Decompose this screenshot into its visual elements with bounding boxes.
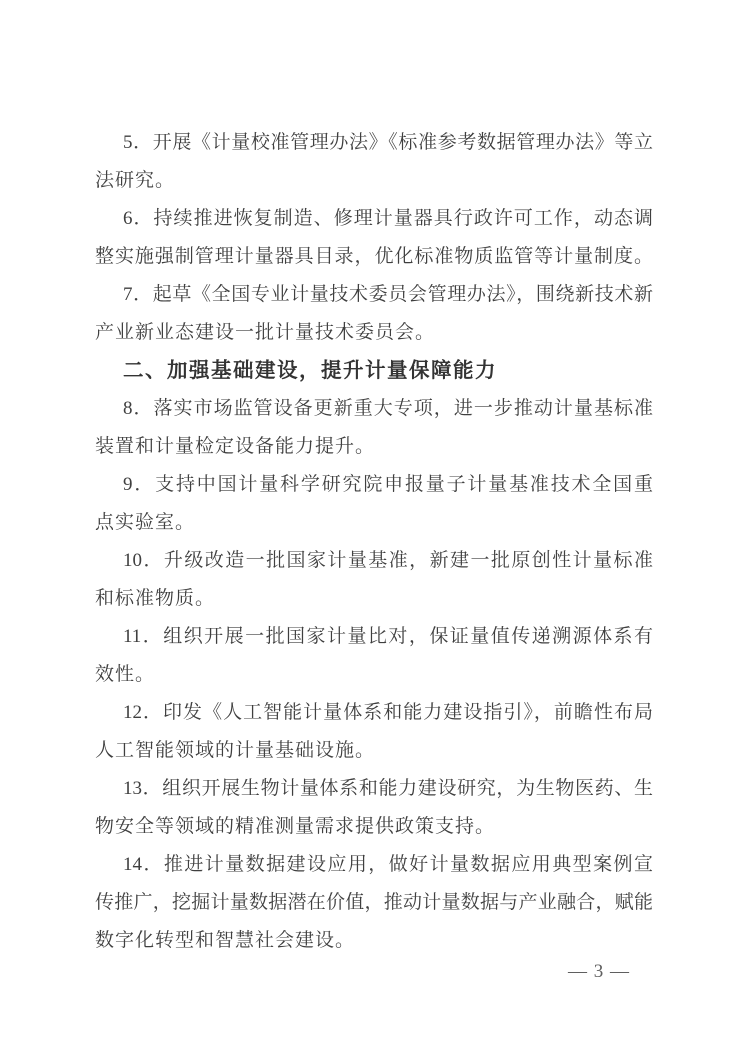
- text-line: 效性。: [95, 656, 653, 694]
- paragraph: 13．组织开展生物计量体系和能力建设研究，为生物医药、生物安全等领域的精准测量需…: [95, 770, 653, 846]
- text-line: 5．开展《计量校准管理办法》《标准参考数据管理办法》等立: [95, 124, 653, 162]
- paragraph: 7．起草《全国专业计量技术委员会管理办法》，围绕新技术新产业新业态建设一批计量技…: [95, 276, 653, 352]
- paragraph: 14．推进计量数据建设应用，做好计量数据应用典型案例宣传推广，挖掘计量数据潜在价…: [95, 846, 653, 960]
- text-line: 和标准物质。: [95, 580, 653, 618]
- text-line: 传推广，挖掘计量数据潜在价值，推动计量数据与产业融合，赋能: [95, 884, 653, 922]
- text-line: 8．落实市场监管设备更新重大专项，进一步推动计量基标准: [95, 390, 653, 428]
- paragraph: 8．落实市场监管设备更新重大专项，进一步推动计量基标准装置和计量检定设备能力提升…: [95, 390, 653, 466]
- text-line: 7．起草《全国专业计量技术委员会管理办法》，围绕新技术新: [95, 276, 653, 314]
- paragraph: 11．组织开展一批国家计量比对，保证量值传递溯源体系有效性。: [95, 618, 653, 694]
- document-page: 5．开展《计量校准管理办法》《标准参考数据管理办法》等立法研究。6．持续推进恢复…: [0, 0, 750, 1060]
- text-line: 13．组织开展生物计量体系和能力建设研究，为生物医药、生: [95, 770, 653, 808]
- text-line: 产业新业态建设一批计量技术委员会。: [95, 314, 653, 352]
- text-line: 9．支持中国计量科学研究院申报量子计量基准技术全国重: [95, 466, 653, 504]
- text-line: 10．升级改造一批国家计量基准，新建一批原创性计量标准: [95, 542, 653, 580]
- text-line: 11．组织开展一批国家计量比对，保证量值传递溯源体系有: [95, 618, 653, 656]
- text-line: 数字化转型和智慧社会建设。: [95, 922, 653, 960]
- paragraph: 5．开展《计量校准管理办法》《标准参考数据管理办法》等立法研究。: [95, 124, 653, 200]
- text-line: 物安全等领域的精准测量需求提供政策支持。: [95, 808, 653, 846]
- paragraph: 6．持续推进恢复制造、修理计量器具行政许可工作，动态调整实施强制管理计量器具目录…: [95, 200, 653, 276]
- text-line: 14．推进计量数据建设应用，做好计量数据应用典型案例宣: [95, 846, 653, 884]
- page-number: — 3 —: [568, 962, 630, 982]
- text-line: 12．印发《人工智能计量体系和能力建设指引》，前瞻性布局: [95, 694, 653, 732]
- heading-line: 二、加强基础建设，提升计量保障能力: [95, 352, 653, 390]
- paragraph: 10．升级改造一批国家计量基准，新建一批原创性计量标准和标准物质。: [95, 542, 653, 618]
- section-heading: 二、加强基础建设，提升计量保障能力: [95, 352, 653, 390]
- text-line: 法研究。: [95, 162, 653, 200]
- text-line: 整实施强制管理计量器具目录，优化标准物质监管等计量制度。: [95, 238, 653, 276]
- text-line: 6．持续推进恢复制造、修理计量器具行政许可工作，动态调: [95, 200, 653, 238]
- paragraph: 12．印发《人工智能计量体系和能力建设指引》，前瞻性布局人工智能领域的计量基础设…: [95, 694, 653, 770]
- paragraph: 9．支持中国计量科学研究院申报量子计量基准技术全国重点实验室。: [95, 466, 653, 542]
- document-body: 5．开展《计量校准管理办法》《标准参考数据管理办法》等立法研究。6．持续推进恢复…: [95, 124, 653, 960]
- text-line: 点实验室。: [95, 504, 653, 542]
- text-line: 装置和计量检定设备能力提升。: [95, 428, 653, 466]
- text-line: 人工智能领域的计量基础设施。: [95, 732, 653, 770]
